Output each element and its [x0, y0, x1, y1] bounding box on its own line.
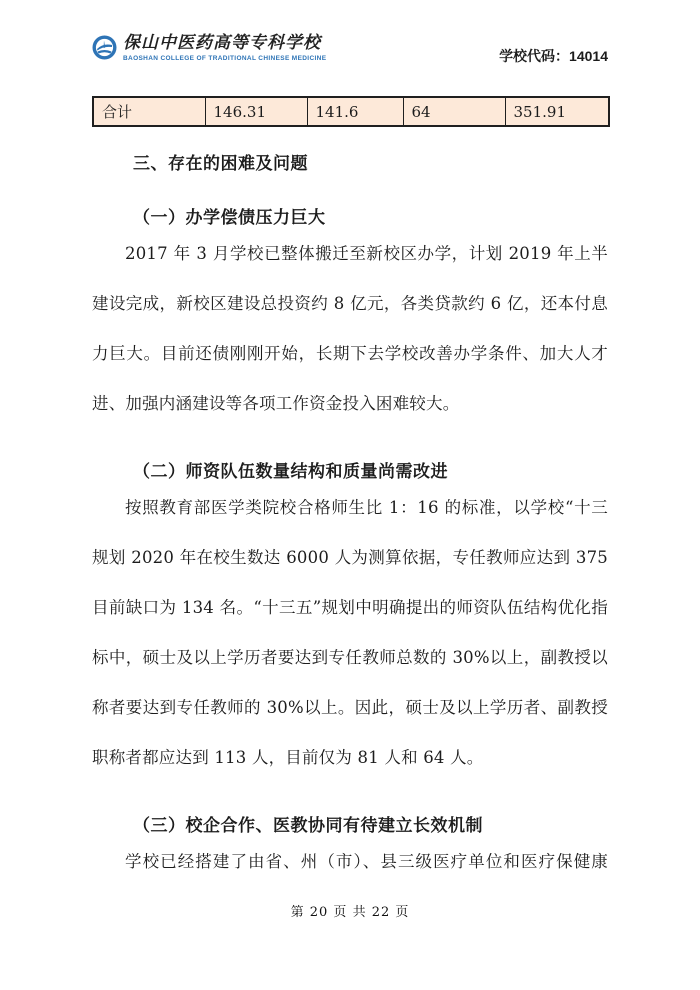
subsection-heading: （一）办学偿债压力巨大 — [133, 207, 608, 229]
table-cell-value-4: 351.91 — [505, 97, 609, 126]
summary-table: 合计 146.31 141.6 64 351.91 — [92, 96, 610, 127]
paragraph-line: 规划 2020 年在校生数达 6000 人为测算依据，专任教师应达到 375 人… — [92, 533, 608, 583]
document-body: 三、存在的困难及问题（一）办学偿债压力巨大2017 年 3 月学校已整体搬迁至新… — [92, 153, 608, 887]
table-cell-value-3: 64 — [403, 97, 505, 126]
paragraph: 按照教育部医学类院校合格师生比 1：16 的标准，以学校“十三五”规划 2020… — [92, 483, 608, 783]
paragraph-line: 称者要达到专任教师的 30%以上。因此，硕士及以上学历者、副教授以上 — [92, 683, 608, 733]
page-header: 保山中医药高等专科学校 BAOSHAN COLLEGE OF TRADITION… — [92, 0, 608, 80]
paragraph: 2017 年 3 月学校已整体搬迁至新校区办学，计划 2019 年上半年全部建设… — [92, 229, 608, 429]
paragraph-line: 标中，硕士及以上学历者要达到专任教师总数的 30%以上，副教授以上职 — [92, 633, 608, 683]
school-logo: 保山中医药高等专科学校 BAOSHAN COLLEGE OF TRADITION… — [92, 33, 326, 62]
paragraph-line: 力巨大。目前还债刚刚开始，长期下去学校改善办学条件、加大人才引 — [92, 329, 608, 379]
table-cell-value-1: 146.31 — [205, 97, 307, 126]
document-page: 保山中医药高等专科学校 BAOSHAN COLLEGE OF TRADITION… — [0, 0, 700, 990]
school-code-label: 学校代码：14014 — [499, 46, 608, 66]
school-emblem-icon — [92, 35, 117, 60]
school-name-english: BAOSHAN COLLEGE OF TRADITIONAL CHINESE M… — [123, 55, 326, 62]
section-heading: 三、存在的困难及问题 — [133, 153, 608, 175]
paragraph-line: 职称者都应达到 113 人，目前仅为 81 人和 64 人。 — [92, 733, 608, 783]
paragraph-line: 目前缺口为 134 名。“十三五”规划中明确提出的师资队伍结构优化指 — [92, 583, 608, 633]
paragraph-line: 学校已经搭建了由省、州（市）、县三级医疗单位和医疗保健康复、 — [92, 837, 608, 887]
paragraph-line: 按照教育部医学类院校合格师生比 1：16 的标准，以学校“十三五” — [92, 483, 608, 533]
paragraph-line: 进、加强内涵建设等各项工作资金投入困难较大。 — [92, 379, 608, 429]
table-row-total: 合计 146.31 141.6 64 351.91 — [93, 97, 609, 126]
paragraph: 学校已经搭建了由省、州（市）、县三级医疗单位和医疗保健康复、 — [92, 837, 608, 887]
paragraph-line: 2017 年 3 月学校已整体搬迁至新校区办学，计划 2019 年上半年全部 — [92, 229, 608, 279]
table-cell-value-2: 141.6 — [307, 97, 403, 126]
school-name-chinese: 保山中医药高等专科学校 — [123, 33, 326, 53]
paragraph-line: 建设完成，新校区建设总投资约 8 亿元，各类贷款约 6 亿，还本付息压 — [92, 279, 608, 329]
subsection-heading: （二）师资队伍数量结构和质量尚需改进 — [133, 461, 608, 483]
subsection-heading: （三）校企合作、医教协同有待建立长效机制 — [133, 815, 608, 837]
table-cell-total-label: 合计 — [93, 97, 205, 126]
school-name-block: 保山中医药高等专科学校 BAOSHAN COLLEGE OF TRADITION… — [123, 33, 326, 62]
page-number: 第 20 页 共 22 页 — [0, 901, 700, 920]
